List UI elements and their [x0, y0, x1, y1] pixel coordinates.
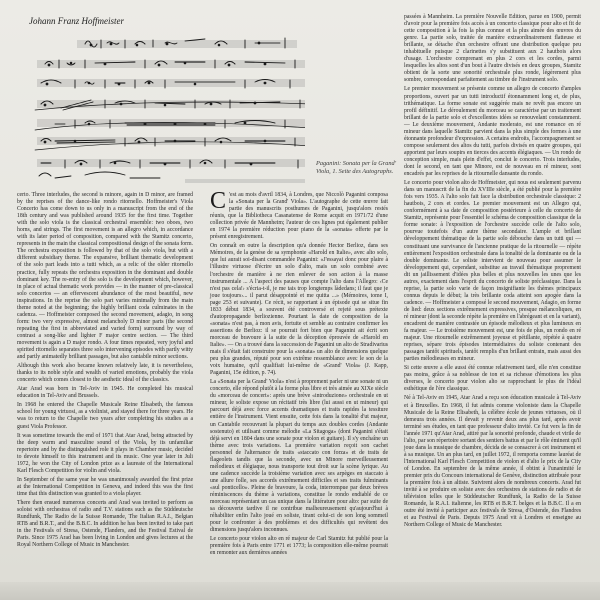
- manuscript-signature: Johann Franz Hoffmeister: [29, 16, 124, 26]
- paragraph: La «Sonata per la Grand' Viola» n'est à …: [210, 379, 388, 534]
- english-text-column: certo. Three interludes, the second is m…: [17, 192, 193, 551]
- paragraph: On connaît en outre la description qu'a …: [210, 243, 388, 377]
- paragraph: It was sometime towards the end of 1971 …: [17, 433, 193, 475]
- page-bottom-edge: [0, 582, 600, 600]
- paragraph-with-dropcap: C'est au mois d'avril 1834, à Londres, q…: [210, 192, 388, 241]
- french-text-column-2: passées à Mannheim. La première Nouvelle…: [404, 14, 581, 531]
- paragraph: Le premier mouvement se présente comme u…: [404, 86, 581, 178]
- paragraph: certo. Three interludes, the second is m…: [17, 192, 193, 361]
- figure-caption: Paganini: Sonata per la Grand' Viola, 1.…: [316, 160, 406, 175]
- paragraph: Although this work also became known rel…: [17, 363, 193, 384]
- paragraph: In September of the same year he was una…: [17, 477, 193, 498]
- music-score-image: Johann Franz Hoffmeister: [15, 10, 305, 185]
- album-liner-page: Johann Franz Hoffmeister: [0, 0, 600, 600]
- paragraph: passées à Mannheim. La première Nouvelle…: [404, 14, 581, 84]
- paragraph: In 1968 he entered the Chapelle Musicale…: [17, 402, 193, 430]
- paragraph-text: 'est au mois d'avril 1834, à Londres, qu…: [210, 192, 388, 240]
- paragraph: Le concerto pour violon alto de Hoffmeis…: [404, 180, 581, 363]
- paragraph: Né à Tel-Aviv en 1945, Atar Arad a reçu …: [404, 395, 581, 529]
- dropcap-letter: C: [210, 192, 226, 211]
- paragraph: Si cette œuvre a elle aussi été connue r…: [404, 365, 581, 393]
- paragraph: Le concerto pour violon alto en ré majeu…: [210, 536, 388, 557]
- paragraph: Atar Arad was born in Tel-Aviv in 1945. …: [17, 386, 193, 400]
- french-text-column-1: C'est au mois d'avril 1834, à Londres, q…: [210, 192, 388, 559]
- paragraph: There then ensued numerous concerts and …: [17, 500, 193, 549]
- manuscript-facsimile: Johann Franz Hoffmeister: [15, 10, 305, 185]
